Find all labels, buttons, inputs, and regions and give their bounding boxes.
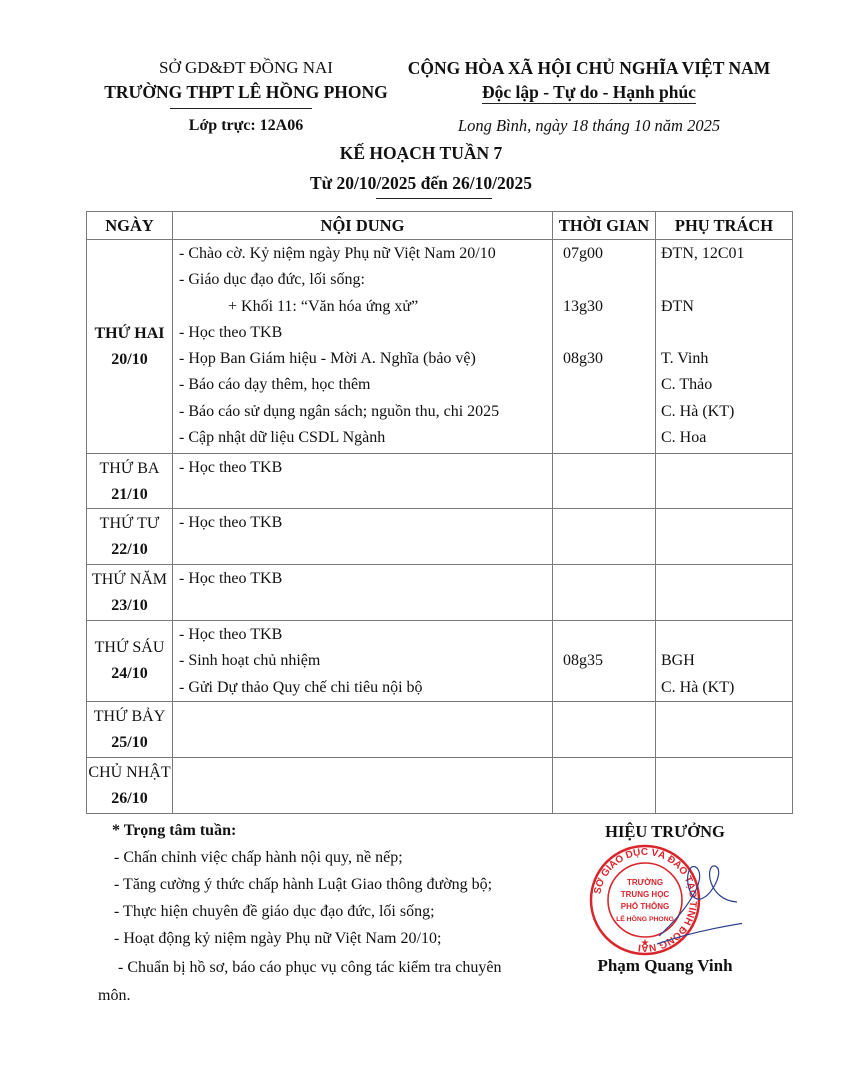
svg-text:LÊ HỒNG PHONG: LÊ HỒNG PHONG [616, 913, 674, 923]
table-row: THỨ NĂM23/10- Học theo TKB [87, 565, 793, 621]
responsible-cell: BGHC. Hà (KT) [656, 621, 793, 702]
activity-line: - Gửi Dự thảo Quy chế chi tiêu nội bộ [173, 675, 552, 701]
table-row: THỨ BA21/10- Học theo TKB [87, 454, 793, 509]
content-cell [173, 701, 553, 757]
time-value [553, 425, 655, 451]
day-name: CHỦ NHẬT [87, 760, 172, 786]
svg-text:PHỔ THÔNG: PHỔ THÔNG [621, 902, 669, 911]
content-cell: - Học theo TKB- Sinh hoạt chủ nhiệm- Gửi… [173, 621, 553, 702]
responsible-value [656, 320, 792, 346]
motto: Độc lập - Tự do - Hạnh phúc [398, 82, 780, 103]
activity-line: + Khối 11: “Văn hóa ứng xử” [173, 294, 552, 320]
responsible-cell [656, 565, 793, 621]
school-name: TRƯỜNG THPT LÊ HỒNG PHONG [86, 82, 406, 103]
duty-class: Lớp trực: 12A06 [86, 117, 406, 135]
day-date: 20/10 [87, 347, 172, 373]
day-name: THỨ BẢY [87, 704, 172, 730]
responsible-value [656, 267, 792, 293]
day-date: 24/10 [87, 661, 172, 687]
activity-line: - Học theo TKB [173, 455, 552, 481]
date-range: Từ 20/10/2025 đến 26/10/2025 [0, 173, 842, 194]
focus-title: * Trọng tâm tuần: [112, 822, 236, 840]
time-value [553, 372, 655, 398]
place-date: Long Bình, ngày 18 tháng 10 năm 2025 [398, 116, 780, 136]
day-cell: CHỦ NHẬT26/10 [87, 757, 173, 813]
table-row: THỨ HAI20/10- Chào cờ. Kỷ niệm ngày Phụ … [87, 240, 793, 454]
responsible-cell [656, 701, 793, 757]
responsible-value: T. Vinh [656, 346, 792, 372]
responsible-value: C. Hà (KT) [656, 675, 792, 701]
time-value [553, 399, 655, 425]
focus-item: - Chuẩn bị hồ sơ, báo cáo phục vụ công t… [118, 959, 501, 977]
time-cell [553, 701, 656, 757]
time-cell: 08g35 [553, 621, 656, 702]
activity-line: - Sinh hoạt chủ nhiệm [173, 648, 552, 674]
time-value [553, 455, 655, 481]
time-value [553, 566, 655, 592]
day-name: THỨ NĂM [87, 567, 172, 593]
content-cell: - Chào cờ. Kỷ niệm ngày Phụ nữ Việt Nam … [173, 240, 553, 454]
day-name: THỨ SÁU [87, 635, 172, 661]
activity-line: - Cập nhật dữ liệu CSDL Ngành [173, 425, 552, 451]
day-date: 21/10 [87, 482, 172, 508]
column-header-content: NỘI DUNG [173, 212, 553, 240]
focus-item-continuation: môn. [98, 987, 130, 1005]
school-underline [170, 108, 312, 109]
activity-line: - Học theo TKB [173, 566, 552, 592]
signer-role: HIỆU TRƯỞNG [560, 822, 770, 842]
activity-line: - Giáo dục đạo đức, lối sống: [173, 267, 552, 293]
day-cell: THỨ TƯ22/10 [87, 509, 173, 565]
table-header-row: NGÀY NỘI DUNG THỜI GIAN PHỤ TRÁCH [87, 212, 793, 240]
responsible-value: BGH [656, 648, 792, 674]
content-cell [173, 757, 553, 813]
table-row: THỨ TƯ22/10- Học theo TKB [87, 509, 793, 565]
responsible-value: C. Hoa [656, 425, 792, 451]
responsible-value: ĐTN [656, 294, 792, 320]
time-value: 08g30 [553, 346, 655, 372]
activity-line: - Họp Ban Giám hiệu - Mời A. Nghĩa (bảo … [173, 346, 552, 372]
school-stamp-icon: SỞ GIÁO DỤC VÀ ĐÀO TẠO TỈNH ĐỒNG NAI TRƯ… [552, 840, 742, 960]
focus-item: - Chấn chỉnh việc chấp hành nội quy, nề … [114, 849, 403, 867]
page-title: KẾ HOẠCH TUẦN 7 [0, 143, 842, 164]
time-value [553, 622, 655, 648]
content-cell: - Học theo TKB [173, 509, 553, 565]
table-body: THỨ HAI20/10- Chào cờ. Kỷ niệm ngày Phụ … [87, 240, 793, 814]
day-cell: THỨ BA21/10 [87, 454, 173, 509]
responsible-value [656, 455, 792, 481]
time-value [553, 267, 655, 293]
svg-text:TRUNG HỌC: TRUNG HỌC [621, 890, 670, 899]
activity-line: - Học theo TKB [173, 320, 552, 346]
svg-text:★: ★ [641, 938, 650, 949]
day-cell: THỨ NĂM23/10 [87, 565, 173, 621]
time-value [553, 320, 655, 346]
activity-line: - Báo cáo dạy thêm, học thêm [173, 372, 552, 398]
motto-text: Độc lập - Tự do - Hạnh phúc [482, 82, 696, 104]
department-name: SỞ GD&ĐT ĐỒNG NAI [86, 58, 406, 78]
responsible-value [656, 510, 792, 536]
responsible-value: ĐTN, 12C01 [656, 241, 792, 267]
time-value: 08g35 [553, 648, 655, 674]
nation-title: CỘNG HÒA XÃ HỘI CHỦ NGHĨA VIỆT NAM [398, 58, 780, 79]
content-cell: - Học theo TKB [173, 565, 553, 621]
responsible-value [656, 622, 792, 648]
time-cell [553, 565, 656, 621]
focus-item: - Hoạt động kỷ niệm ngày Phụ nữ Việt Nam… [114, 930, 441, 948]
day-name: THỨ TƯ [87, 511, 172, 537]
day-cell: THỨ SÁU24/10 [87, 621, 173, 702]
time-value: 07g00 [553, 241, 655, 267]
responsible-cell [656, 757, 793, 813]
focus-item: - Tăng cường ý thức chấp hành Luật Giao … [114, 876, 492, 894]
content-cell: - Học theo TKB [173, 454, 553, 509]
time-value [553, 510, 655, 536]
day-date: 23/10 [87, 593, 172, 619]
activity-line: - Học theo TKB [173, 510, 552, 536]
column-header-day: NGÀY [87, 212, 173, 240]
focus-item: - Thực hiện chuyên đề giáo dục đạo đức, … [114, 903, 435, 921]
activity-line: - Chào cờ. Kỷ niệm ngày Phụ nữ Việt Nam … [173, 241, 552, 267]
responsible-value: C. Thảo [656, 372, 792, 398]
day-name: THỨ BA [87, 456, 172, 482]
activity-line: - Báo cáo sử dụng ngân sách; nguồn thu, … [173, 399, 552, 425]
signer-name: Phạm Quang Vinh [555, 956, 775, 976]
column-header-time: THỜI GIAN [553, 212, 656, 240]
column-header-responsible: PHỤ TRÁCH [656, 212, 793, 240]
time-value: 13g30 [553, 294, 655, 320]
responsible-cell: ĐTN, 12C01ĐTNT. VinhC. ThảoC. Hà (KT)C. … [656, 240, 793, 454]
responsible-cell [656, 454, 793, 509]
day-cell: THỨ HAI20/10 [87, 240, 173, 454]
table-row: THỨ BẢY25/10 [87, 701, 793, 757]
title-underline [376, 198, 492, 199]
day-cell: THỨ BẢY25/10 [87, 701, 173, 757]
time-value [553, 675, 655, 701]
weekly-plan-table: NGÀY NỘI DUNG THỜI GIAN PHỤ TRÁCH THỨ HA… [86, 211, 793, 814]
day-date: 22/10 [87, 537, 172, 563]
time-cell [553, 757, 656, 813]
day-name: THỨ HAI [87, 321, 172, 347]
time-cell [553, 509, 656, 565]
svg-text:TRƯỜNG: TRƯỜNG [627, 878, 663, 887]
responsible-value: C. Hà (KT) [656, 399, 792, 425]
table-row: CHỦ NHẬT26/10 [87, 757, 793, 813]
responsible-value [656, 566, 792, 592]
table-row: THỨ SÁU24/10- Học theo TKB- Sinh hoạt ch… [87, 621, 793, 702]
activity-line: - Học theo TKB [173, 622, 552, 648]
responsible-cell [656, 509, 793, 565]
day-date: 25/10 [87, 730, 172, 756]
time-cell [553, 454, 656, 509]
day-date: 26/10 [87, 786, 172, 812]
time-cell: 07g0013g3008g30 [553, 240, 656, 454]
